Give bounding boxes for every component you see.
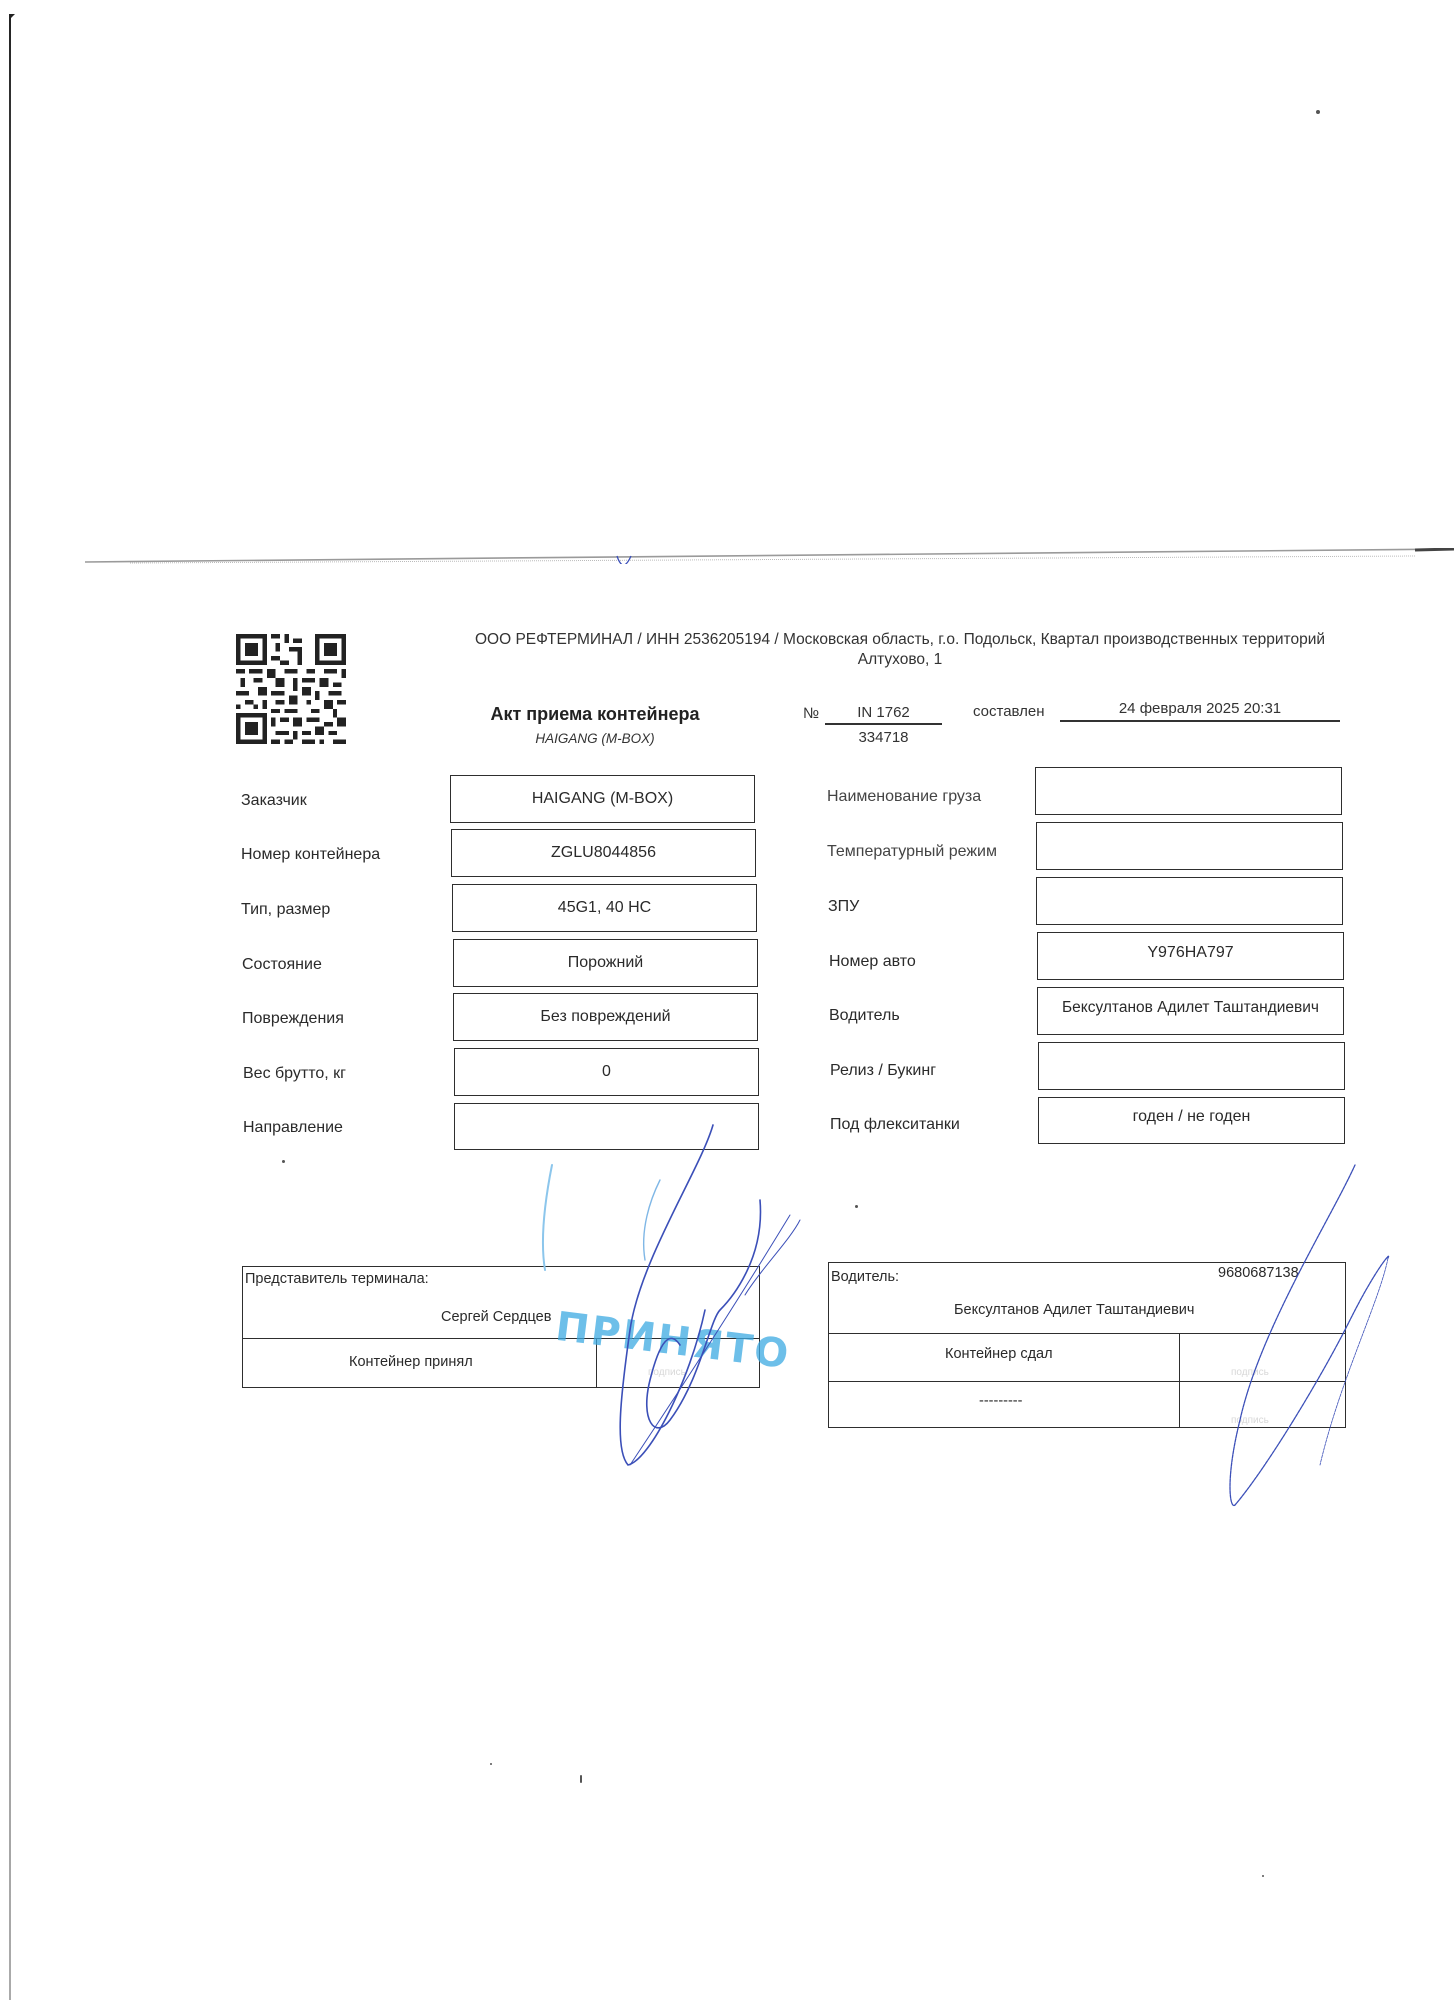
- field-label-temperature: Температурный режим: [827, 843, 997, 861]
- field-label-gross-weight: Вес брутто, кг: [243, 1065, 346, 1083]
- field-value-vehicle-number: Y976HA797: [1037, 932, 1344, 980]
- signature-hint: подпись: [1231, 1367, 1269, 1378]
- driver-signature-table: Водитель: 9680687138 Бексултанов Адилет …: [828, 1262, 1346, 1428]
- table-divider-vertical: [1179, 1333, 1180, 1427]
- number-sign: №: [803, 705, 819, 722]
- container-handed-over-label: Контейнер сдал: [945, 1346, 1053, 1362]
- signature-hint-2: подпись: [1231, 1415, 1269, 1426]
- document-title: Акт приема контейнера: [460, 704, 730, 725]
- scan-speck: [855, 1205, 858, 1208]
- field-value-flexitank: годен / не годен: [1038, 1097, 1345, 1144]
- field-value-type-size: 45G1, 40 HC: [452, 884, 757, 932]
- organization-info: ООО РЕФТЕРМИНАЛ / ИНН 2536205194 / Моско…: [450, 630, 1350, 670]
- field-value-cargo-name: [1035, 767, 1342, 815]
- field-value-customer: HAIGANG (M-BOX): [450, 775, 755, 823]
- terminal-role-label: Представитель терминала:: [245, 1271, 429, 1287]
- driver-phone: 9680687138: [1218, 1265, 1299, 1281]
- table-divider: [829, 1381, 1345, 1382]
- document-number-sub: 334718: [825, 729, 942, 746]
- organization-line1: ООО РЕФТЕРМИНАЛ / ИНН 2536205194 / Моско…: [450, 630, 1350, 650]
- scan-corner-mark: [9, 14, 15, 20]
- scan-speck: [1316, 110, 1320, 114]
- field-value-seal: [1036, 877, 1343, 925]
- table-divider: [829, 1333, 1345, 1334]
- container-accepted-label: Контейнер принял: [349, 1354, 473, 1370]
- scan-speck: [580, 1775, 582, 1783]
- page-fold-line: [85, 548, 1454, 564]
- driver-name: Бексултанов Адилет Таштандиевич: [954, 1302, 1194, 1318]
- scan-speck: [1262, 1875, 1264, 1877]
- field-label-flexitank: Под флекситанки: [830, 1116, 960, 1134]
- field-label-container-number: Номер контейнера: [241, 846, 380, 864]
- terminal-rep-name: Сергей Сердцев: [441, 1309, 551, 1325]
- driver-role-label: Водитель:: [831, 1269, 899, 1285]
- field-value-damage: Без повреждений: [453, 993, 758, 1041]
- field-label-type-size: Тип, размер: [241, 901, 330, 919]
- field-value-container-number: ZGLU8044856: [451, 829, 756, 877]
- composed-date: 24 февраля 2025 20:31: [1060, 700, 1340, 722]
- field-value-direction: [454, 1103, 759, 1150]
- composed-label: составлен: [973, 703, 1045, 720]
- scan-speck: [282, 1160, 285, 1163]
- field-label-direction: Направление: [243, 1119, 343, 1137]
- field-label-condition: Состояние: [242, 956, 322, 974]
- field-label-damage: Повреждения: [242, 1010, 344, 1028]
- field-label-customer: Заказчик: [241, 792, 307, 810]
- field-value-release-booking: [1038, 1042, 1345, 1090]
- field-label-driver: Водитель: [829, 1007, 900, 1025]
- field-label-seal: ЗПУ: [828, 898, 859, 916]
- document-number: IN 1762: [825, 704, 942, 725]
- signature-hint: подпись: [648, 1367, 686, 1378]
- field-value-driver: Бексултанов Адилет Таштандиевич: [1037, 987, 1344, 1035]
- scan-edge-line: [9, 14, 11, 2000]
- document-subtitle: HAIGANG (M-BOX): [460, 731, 730, 746]
- qr-code-icon: [236, 634, 346, 744]
- field-label-cargo-name: Наименование груза: [827, 788, 981, 806]
- field-label-vehicle-number: Номер авто: [829, 953, 916, 971]
- organization-line2: Алтухово, 1: [450, 650, 1350, 670]
- field-value-temperature: [1036, 822, 1343, 870]
- field-value-gross-weight: 0: [454, 1048, 759, 1096]
- field-label-release-booking: Релиз / Букинг: [830, 1062, 936, 1080]
- scan-speck: [490, 1763, 492, 1765]
- field-value-condition: Порожний: [453, 939, 758, 987]
- container-handed-over-dashes: ---------: [979, 1393, 1022, 1409]
